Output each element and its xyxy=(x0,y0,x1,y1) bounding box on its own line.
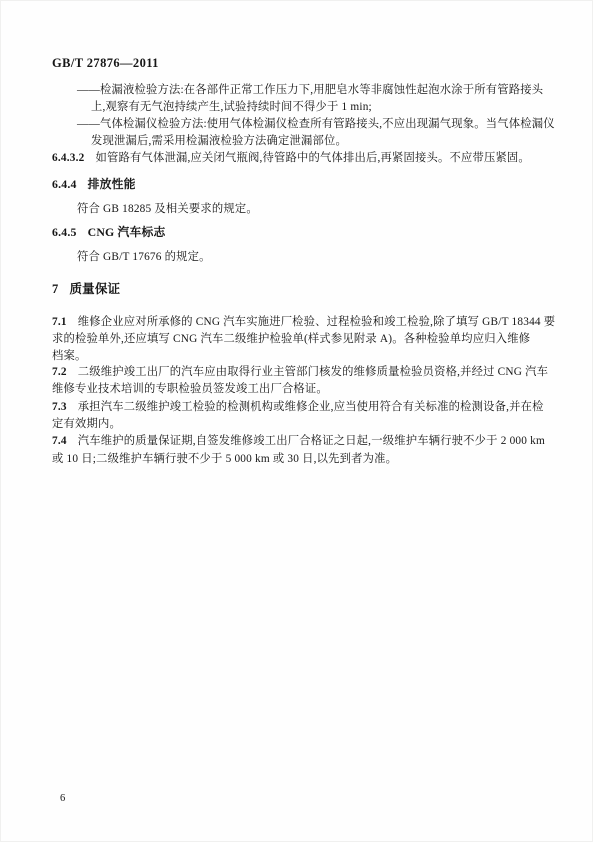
clause-7-3-line1: 7.3承担汽车二级维护竣工检验的检测机构或维修企业,应当使用符合有关标准的检测设… xyxy=(52,399,544,416)
clause-number: 6.4.3.2 xyxy=(52,152,84,164)
heading-title: 质量保证 xyxy=(69,282,120,296)
clause-number: 7.4 xyxy=(52,435,67,447)
clause-7-1-line1: 7.1维修企业应对所承修的 CNG 汽车实施进厂检验、过程检验和竣工检验,除了填… xyxy=(52,314,555,331)
clause-number: 7.3 xyxy=(52,401,67,413)
clause-text: 如管路有气体泄漏,应关闭气瓶阀,待管路中的气体排出后,再紧固接头。不应带压紧固。 xyxy=(95,152,529,164)
heading-title: CNG 汽车标志 xyxy=(88,225,166,239)
heading-number: 6.4.4 xyxy=(52,177,77,191)
heading-6-4-5: 6.4.5CNG 汽车标志 xyxy=(52,224,166,241)
clause-7-1-line2: 求的检验单外,还应填写 CNG 汽车二级维护检验单(样式参见附录 A)。各种检验… xyxy=(52,331,530,348)
clause-number: 7.1 xyxy=(52,316,67,328)
paragraph-6-4-4: 符合 GB 18285 及相关要求的规定。 xyxy=(77,201,258,218)
clause-text: 维修企业应对所承修的 CNG 汽车实施进厂检验、过程检验和竣工检验,除了填写 G… xyxy=(78,316,556,328)
clause-text: 二级维护竣工出厂的汽车应由取得行业主管部门核发的维修质量检验员资格,并经过 CN… xyxy=(78,366,548,378)
heading-7: 7质量保证 xyxy=(52,281,120,298)
clause-7-2-line2: 维修专业技术培训的专职检验员签发竣工出厂合格证。 xyxy=(52,381,328,398)
clause-number: 7.2 xyxy=(52,366,67,378)
page-number: 6 xyxy=(60,790,65,807)
clause-7-2-line1: 7.2二级维护竣工出厂的汽车应由取得行业主管部门核发的维修质量检验员资格,并经过… xyxy=(52,364,548,381)
clause-text: 汽车维护的质量保证期,自签发维修竣工出厂合格证之日起,一级维护车辆行驶不少于 2… xyxy=(78,435,545,447)
clause-6-4-3-2: 6.4.3.2如管路有气体泄漏,应关闭气瓶阀,待管路中的气体排出后,再紧固接头。… xyxy=(52,150,530,167)
doc-number-header: GB/T 27876—2011 xyxy=(52,55,159,72)
paragraph-6-4-5: 符合 GB/T 17676 的规定。 xyxy=(77,249,211,266)
clause-7-1-line3: 档案。 xyxy=(52,348,87,365)
list-item-leak-liquid-line2: 上,观察有无气泡持续产生,试验持续时间不得少于 1 min; xyxy=(91,99,372,116)
clause-text: 承担汽车二级维护竣工检验的检测机构或维修企业,应当使用符合有关标准的检测设备,并… xyxy=(78,401,544,413)
list-item-gas-detector-line1: ——气体检漏仪检验方法:使用气体检漏仪检查所有管路接头,不应出现漏气现象。当气体… xyxy=(77,116,555,133)
heading-number: 6.4.5 xyxy=(52,225,77,239)
list-item-leak-liquid-line1: ——检漏液检验方法:在各部件正常工作压力下,用肥皂水等非腐蚀性起泡水涂于所有管路… xyxy=(77,82,543,99)
clause-7-3-line2: 定有效期内。 xyxy=(52,416,121,433)
heading-6-4-4: 6.4.4排放性能 xyxy=(52,176,136,193)
heading-number: 7 xyxy=(52,282,58,296)
document-page: GB/T 27876—2011 ——检漏液检验方法:在各部件正常工作压力下,用肥… xyxy=(0,0,593,842)
list-item-gas-detector-line2: 发现泄漏后,需采用检漏液检验方法确定泄漏部位。 xyxy=(91,133,347,150)
clause-7-4-line1: 7.4汽车维护的质量保证期,自签发维修竣工出厂合格证之日起,一级维护车辆行驶不少… xyxy=(52,433,545,450)
heading-title: 排放性能 xyxy=(88,177,136,191)
clause-7-4-line2: 或 10 日;二级维护车辆行驶不少于 5 000 km 或 30 日,以先到者为… xyxy=(52,451,397,468)
